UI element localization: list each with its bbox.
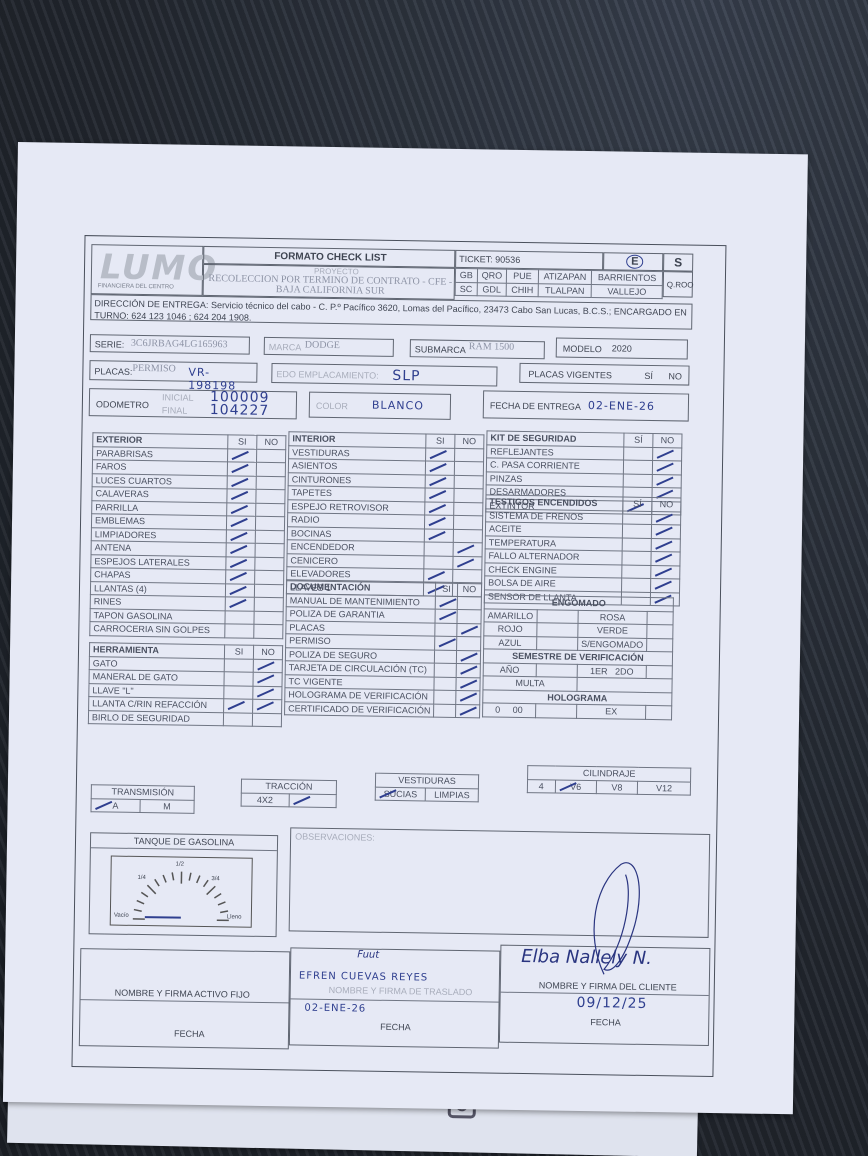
exterior-si-checkbox[interactable] <box>226 570 255 584</box>
cilindraje-v12[interactable]: V12 <box>638 781 691 795</box>
checklist-row: CARROCERIA SIN GOLPES <box>90 622 283 639</box>
exterior-no-checkbox[interactable] <box>256 489 285 503</box>
kit-seguridad-si-checkbox[interactable] <box>623 474 652 488</box>
branches-table: GB QRO PUE ATIZAPAN BARRIENTOS SC GDL CH… <box>455 268 663 299</box>
fuel-gauge: Vacío 1/4 1/2 3/4 Lleno <box>110 856 253 928</box>
gauge-label-lleno: Lleno <box>227 914 242 920</box>
company-subtitle: FINANCIERA DEL CENTRO <box>98 283 174 290</box>
vestiduras-sucias[interactable]: SUCIAS <box>375 787 425 801</box>
traccion-table: TRACCIÓN 4X24X4 <box>241 779 337 809</box>
traslado-fecha: 02-ENE-26 <box>304 1003 366 1015</box>
exterior-no-checkbox[interactable] <box>256 503 285 517</box>
branch: ATIZAPAN <box>538 270 592 284</box>
serie-field: SERIE: 3C6JRBAG4LG165963 <box>90 334 250 355</box>
interior-si-checkbox[interactable] <box>425 461 454 475</box>
cliente-signature-scribble <box>574 854 656 985</box>
exterior-si-checkbox[interactable] <box>225 610 254 624</box>
engomado-option[interactable]: S/ENGOMADO <box>578 637 647 652</box>
branch: SC <box>455 282 477 296</box>
transmision-a[interactable]: A <box>91 798 140 812</box>
odometro-label: ODOMETRO <box>96 399 149 410</box>
color-value: BLANCO <box>372 399 424 413</box>
exterior-si-checkbox[interactable] <box>226 529 255 543</box>
exterior-no-checkbox[interactable] <box>255 557 284 571</box>
testigos-si-checkbox[interactable] <box>622 551 651 565</box>
odometro-final: 104227 <box>210 402 270 419</box>
documentacion-no-checkbox[interactable] <box>457 596 481 610</box>
interior-si-checkbox[interactable] <box>424 542 453 556</box>
engomado-option[interactable]: ROJO <box>484 622 537 636</box>
marca-value: DODGE <box>305 340 340 352</box>
branch: GB <box>455 268 477 282</box>
logo-box: LUMO FINANCIERA DEL CENTRO <box>91 244 204 296</box>
traccion-4x2[interactable]: 4X2 <box>241 793 289 807</box>
interior-table: INTERIORSINOVESTIDURASASIENTOSCINTURONES… <box>286 431 485 597</box>
branch: CHIH <box>506 283 538 297</box>
documentacion-si-checkbox[interactable] <box>435 609 457 623</box>
semestre-1er[interactable]: 1ER <box>590 666 608 676</box>
exterior-no-checkbox[interactable] <box>256 462 285 476</box>
gauge-label-three-quarter: 3/4 <box>211 876 219 882</box>
cilindraje-4[interactable]: 4 <box>527 779 555 793</box>
ticket-box: TICKET: 90536 <box>455 250 603 270</box>
odometro-field: ODOMETRO INICIAL FINAL 100009 104227 <box>89 388 297 419</box>
exterior-no-checkbox[interactable] <box>254 597 283 611</box>
firma-traslado-box: Fuut EFREN CUEVAS REYES NOMBRE Y FIRMA D… <box>289 947 501 1048</box>
exterior-no-checkbox[interactable] <box>256 449 285 463</box>
documentacion-si-checkbox[interactable] <box>434 677 456 691</box>
interior-no-checkbox[interactable] <box>454 502 483 516</box>
fecha-entrega-value: 02-ENE-26 <box>588 399 655 413</box>
edo-value: SLP <box>392 368 420 384</box>
fecha-entrega-label: FECHA DE ENTREGA <box>490 400 581 411</box>
firma-activo-label: NOMBRE Y FIRMA ACTIVO FIJO <box>115 988 250 1000</box>
holograma-00[interactable]: 00 <box>513 705 523 715</box>
exterior-no-checkbox[interactable] <box>254 584 283 598</box>
testigos-no-checkbox[interactable] <box>651 538 680 552</box>
herramienta-no-checkbox[interactable] <box>253 699 282 713</box>
kit-seguridad-no-checkbox[interactable] <box>653 447 682 461</box>
holograma-ex[interactable]: EX <box>577 704 646 719</box>
submarca-label: SUBMARCA <box>415 344 466 355</box>
documentacion-no-checkbox[interactable] <box>457 623 481 637</box>
serie-label: SERIE: <box>95 339 125 349</box>
placas-label: PLACAS: <box>94 366 132 377</box>
exterior-si-checkbox[interactable] <box>225 597 254 611</box>
exterior-si-checkbox[interactable] <box>227 502 256 516</box>
edo-emplacamiento-field: EDO EMPLACAMIENTO: SLP <box>271 363 497 387</box>
qroo-box: Q.ROO <box>663 271 693 297</box>
exterior-si-checkbox[interactable] <box>225 583 254 597</box>
holograma-0[interactable]: 0 <box>495 705 500 715</box>
firma-activo-fecha-label: FECHA <box>174 1029 205 1039</box>
herramienta-no-checkbox[interactable] <box>253 686 282 700</box>
testigos-no-checkbox[interactable] <box>651 524 680 538</box>
submarca-field: SUBMARCA RAM 1500 <box>410 339 545 359</box>
interior-no-checkbox[interactable] <box>454 461 483 475</box>
exterior-si-checkbox[interactable] <box>227 475 256 489</box>
kit-seguridad-no-checkbox[interactable] <box>652 474 681 488</box>
interior-si-checkbox[interactable] <box>425 501 454 515</box>
herramienta-si-checkbox[interactable] <box>224 658 253 672</box>
herramienta-no-checkbox[interactable] <box>252 713 281 727</box>
exterior-si-checkbox[interactable] <box>225 624 254 638</box>
documentacion-no-checkbox[interactable] <box>456 663 480 677</box>
testigos-no-checkbox[interactable] <box>651 578 680 592</box>
transmision-m[interactable]: M <box>140 799 195 813</box>
engomado-option[interactable]: AMARILLO <box>484 608 537 622</box>
exterior-no-checkbox[interactable] <box>255 570 284 584</box>
region-s: S <box>674 255 682 269</box>
exterior-no-checkbox[interactable] <box>254 611 283 625</box>
modelo-value: 2020 <box>612 343 632 353</box>
interior-no-checkbox[interactable] <box>453 529 482 543</box>
delivery-label: DIRECCIÓN DE ENTREGA: <box>94 298 208 310</box>
observaciones-label: OBSERVACIONES: <box>295 831 375 842</box>
documentacion-no-checkbox[interactable] <box>456 636 480 650</box>
testigos-si-checkbox[interactable] <box>622 578 651 592</box>
documentacion-si-checkbox[interactable] <box>436 596 458 610</box>
final-label: FINAL <box>162 405 188 415</box>
placas-vigentes-field: PLACAS VIGENTES SÍ NO <box>519 363 689 386</box>
cilindraje-table: CILINDRAJE 4 V6 V8 V12 <box>527 765 691 796</box>
herramienta-item-label: BIRLO DE SEGURIDAD <box>88 710 223 726</box>
firma-cliente-fecha-label: FECHA <box>590 1017 621 1027</box>
checklist-row: CERTIFICADO DE VERIFICACIÓN <box>285 701 480 718</box>
placas-vigentes-si[interactable]: SÍ <box>644 371 653 381</box>
testigos-si-checkbox[interactable] <box>623 511 652 525</box>
branch: VALLEJO <box>591 284 662 299</box>
inicial-label: INICIAL <box>162 392 194 402</box>
interior-no-checkbox[interactable] <box>453 542 482 556</box>
documentacion-si-checkbox[interactable] <box>435 650 457 664</box>
engomado-option[interactable]: VERDE <box>578 623 647 638</box>
testigos-no-checkbox[interactable] <box>652 511 681 525</box>
interior-si-checkbox[interactable] <box>424 515 453 529</box>
placas-vigentes-label: PLACAS VIGENTES <box>528 369 612 380</box>
form-title: FORMATO CHECK LIST <box>274 251 387 264</box>
tanque-title: TANQUE DE GASOLINA <box>91 833 277 851</box>
project-box: PROYECTO RECOLECCION POR TERMINO DE CONT… <box>203 264 455 300</box>
placas-field: PLACAS: PERMISO VR-198198 <box>89 360 257 383</box>
exterior-no-checkbox[interactable] <box>255 530 284 544</box>
testigos-no-checkbox[interactable] <box>651 565 680 579</box>
kit-seguridad-si-checkbox[interactable] <box>623 460 652 474</box>
kit-seguridad-si-checkbox[interactable] <box>624 447 653 461</box>
exterior-si-checkbox[interactable] <box>228 448 257 462</box>
checklist-paper: LUMO FINANCIERA DEL CENTRO FORMATO CHECK… <box>3 142 808 1114</box>
documentacion-no-checkbox[interactable] <box>455 704 479 718</box>
documentacion-table: DOCUMENTACIÓNSINOMANUAL DE MANTENIMIENTO… <box>284 579 482 718</box>
documentacion-no-checkbox[interactable] <box>456 677 480 691</box>
branch: TLALPAN <box>538 283 592 297</box>
cliente-fecha: 09/12/25 <box>576 995 647 1012</box>
traslado-signature: Fuut <box>357 949 379 960</box>
interior-no-checkbox[interactable] <box>453 515 482 529</box>
exterior-si-checkbox[interactable] <box>226 543 255 557</box>
fecha-entrega-field: FECHA DE ENTREGA 02-ENE-26 <box>483 390 689 421</box>
firma-traslado-fecha-label: FECHA <box>380 1022 411 1032</box>
interior-si-checkbox[interactable] <box>424 555 453 569</box>
checklist-form: LUMO FINANCIERA DEL CENTRO FORMATO CHECK… <box>71 235 726 1077</box>
region-e-circled: E <box>626 255 644 269</box>
herramienta-si-checkbox[interactable] <box>224 672 253 686</box>
firma-activo-box: NOMBRE Y FIRMA ACTIVO FIJO FECHA <box>79 948 291 1049</box>
region-e-box: E <box>603 252 663 271</box>
kit-seguridad-no-checkbox[interactable] <box>652 461 681 475</box>
vestiduras-table: VESTIDURAS SUCIASLIMPIAS <box>375 773 479 803</box>
placas-typed: PERMISO <box>132 363 176 375</box>
color-label: COLOR <box>316 401 348 412</box>
interior-si-checkbox[interactable] <box>426 447 455 461</box>
project-value: RECOLECCION POR TERMINO DE CONTRATO - CF… <box>208 274 453 298</box>
interior-si-checkbox[interactable] <box>424 528 453 542</box>
branch: PUE <box>507 269 539 283</box>
region-s-box: S <box>663 253 693 271</box>
interior-no-checkbox[interactable] <box>454 475 483 489</box>
testigos-no-checkbox[interactable] <box>651 551 680 565</box>
branch-qroo: Q.ROO <box>667 280 694 289</box>
testigos-table: TESTIGOS ENCENDIDOSSÍNOSISTEMA DE FRENOS… <box>484 494 682 606</box>
exterior-item-label: CARROCERIA SIN GOLPES <box>90 622 225 638</box>
exterior-si-checkbox[interactable] <box>227 462 256 476</box>
testigos-si-checkbox[interactable] <box>622 538 651 552</box>
documentacion-si-checkbox[interactable] <box>435 663 457 677</box>
exterior-si-checkbox[interactable] <box>227 489 256 503</box>
marca-field: MARCA DODGE <box>264 337 394 357</box>
exterior-table: EXTERIORSINOPARABRISASFAROSLUCES CUARTOS… <box>89 432 286 639</box>
interior-no-checkbox[interactable] <box>453 556 482 570</box>
branch: GDL <box>477 282 507 296</box>
placas-vigentes-no[interactable]: NO <box>668 371 682 381</box>
transmision-table: TRANSMISIÓN AM <box>90 784 194 814</box>
herramienta-si-checkbox[interactable] <box>223 712 252 726</box>
documentacion-si-checkbox[interactable] <box>434 690 456 704</box>
traslado-name: EFREN CUEVAS REYES <box>299 971 428 984</box>
documentacion-si-checkbox[interactable] <box>434 704 456 718</box>
marca-label: MARCA <box>269 342 302 353</box>
serie-value: 3C6JRBAG4LG165963 <box>131 338 228 351</box>
interior-no-checkbox[interactable] <box>455 448 484 462</box>
exterior-si-checkbox[interactable] <box>226 556 255 570</box>
cilindraje-v8[interactable]: V8 <box>596 780 638 794</box>
branch: BARRIENTOS <box>592 271 663 286</box>
checklist-row: BIRLO DE SEGURIDAD <box>88 710 281 727</box>
herramienta-si-checkbox[interactable] <box>224 699 253 713</box>
herramienta-table: HERRAMIENTASINOGATOMANERAL DE GATOLLAVE … <box>88 642 283 727</box>
documentacion-no-checkbox[interactable] <box>456 650 480 664</box>
engomado-option[interactable]: AZUL <box>484 635 537 649</box>
modelo-field: MODELO 2020 <box>556 337 688 359</box>
exterior-no-checkbox[interactable] <box>255 543 284 557</box>
interior-no-checkbox[interactable] <box>454 488 483 502</box>
semestre-2do[interactable]: 2DO <box>615 666 634 676</box>
interior-si-checkbox[interactable] <box>425 474 454 488</box>
vestiduras-limpias[interactable]: LIMPIAS <box>425 787 478 801</box>
exterior-si-checkbox[interactable] <box>226 516 255 530</box>
documentacion-si-checkbox[interactable] <box>435 636 457 650</box>
engomado-table: ENGOMADO AMARILLO ROSA ROJO VERDE AZUL S… <box>482 594 674 719</box>
gauge-label-vacio: Vacío <box>114 913 129 919</box>
testigos-si-checkbox[interactable] <box>622 565 651 579</box>
gauge-label-quarter: 1/4 <box>137 875 145 881</box>
firma-traslado-label: NOMBRE Y FIRMA DE TRASLADO <box>329 985 473 997</box>
documentacion-item-label: CERTIFICADO DE VERIFICACIÓN <box>285 701 435 717</box>
exterior-no-checkbox[interactable] <box>256 476 285 490</box>
tanque-gasolina-box: TANQUE DE GASOLINA Vacío 1/4 1/2 3/4 Lle… <box>89 832 279 937</box>
documentacion-si-checkbox[interactable] <box>435 623 457 637</box>
ticket-number: TICKET: 90536 <box>459 254 520 265</box>
branch: QRO <box>477 269 507 283</box>
submarca-value: RAM 1500 <box>469 341 514 353</box>
modelo-label: MODELO <box>563 344 602 355</box>
color-field: COLOR BLANCO <box>309 392 451 420</box>
herramienta-si-checkbox[interactable] <box>224 685 253 699</box>
interior-si-checkbox[interactable] <box>425 488 454 502</box>
semestre-anio: AÑO <box>483 662 536 676</box>
traccion-4x4[interactable]: 4X4 <box>289 793 337 807</box>
gauge-label-half: 1/2 <box>176 862 184 868</box>
exterior-no-checkbox[interactable] <box>254 624 283 638</box>
exterior-no-checkbox[interactable] <box>255 516 284 530</box>
herramienta-no-checkbox[interactable] <box>253 672 282 686</box>
delivery-address-box: DIRECCIÓN DE ENTREGA: Servicio técnico d… <box>90 294 692 329</box>
engomado-option[interactable]: ROSA <box>578 610 647 625</box>
edo-label: EDO EMPLACAMIENTO: <box>276 369 379 381</box>
documentacion-no-checkbox[interactable] <box>457 609 481 623</box>
herramienta-no-checkbox[interactable] <box>253 659 282 673</box>
cilindraje-v6[interactable]: V6 <box>555 780 597 794</box>
testigos-si-checkbox[interactable] <box>622 524 651 538</box>
documentacion-no-checkbox[interactable] <box>455 690 479 704</box>
